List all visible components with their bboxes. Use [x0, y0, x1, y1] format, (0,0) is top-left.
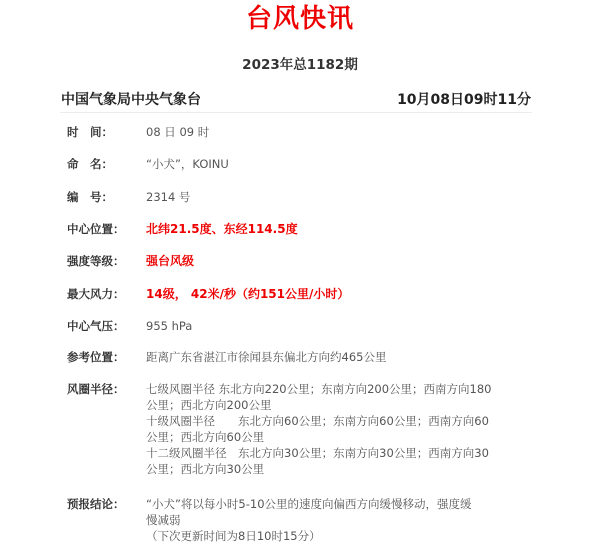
agency-name: 中国气象局中央气象台 [61, 90, 201, 110]
next-update-note: （下次更新时间为8日10时15分） [146, 528, 546, 544]
bulletin-title: 台风快讯 [0, 2, 600, 36]
wind-radius-line: 公里；西北方向30公里 [146, 461, 546, 477]
wind-radius-line: 七级风圈半径 东北方向220公里；东南方向200公里；西南方向180 [146, 381, 546, 397]
forecast-line: 慢减弱 [146, 512, 546, 528]
field-label: 预报结论： [67, 496, 145, 512]
wind-radius-lines: 七级风圈半径 东北方向220公里；东南方向200公里；西南方向180 公里；西北… [146, 381, 546, 477]
field-value-highlight: 14级， 42米/秒（约151公里/小时） [146, 286, 546, 302]
field-label: 编 号： [67, 189, 145, 205]
field-value: 距离广东省湛江市徐闻县东偏北方向约465公里 [146, 349, 546, 365]
issue-number: 2023年总1182期 [0, 55, 600, 75]
wind-radius-line: 公里；西北方向60公里 [146, 429, 546, 445]
field-value-highlight: 强台风级 [146, 253, 546, 269]
field-label: 中心气压： [67, 318, 145, 334]
wind-radius-line: 公里；西北方向200公里 [146, 397, 546, 413]
field-value: “小犬”，KOINU [146, 156, 546, 172]
wind-radius-line: 十二级风圈半径 东北方向30公里；东南方向30公里；西南方向30 [146, 445, 546, 461]
field-value: 2314 号 [146, 189, 546, 205]
field-label: 风圈半径： [67, 381, 145, 397]
field-label: 时 间： [67, 124, 145, 140]
field-label: 强度等级： [67, 253, 145, 269]
field-label: 参考位置： [67, 349, 145, 365]
publish-datetime: 10月08日09时11分 [397, 90, 531, 110]
forecast-line: “小犬”将以每小时5-10公里的速度向偏西方向缓慢移动，强度缓 [146, 496, 546, 512]
field-value-highlight: 北纬21.5度、东经114.5度 [146, 221, 546, 237]
wind-radius-line: 十级风圈半径 东北方向60公里；东南方向60公里；西南方向60 [146, 413, 546, 429]
field-value: 955 hPa [146, 318, 546, 334]
bulletin-header: 中国气象局中央气象台 10月08日09时11分 [61, 90, 531, 112]
field-value: 08 日 09 时 [146, 124, 546, 140]
header-divider [60, 112, 532, 113]
field-label: 命 名： [67, 156, 145, 172]
field-label: 最大风力： [67, 286, 145, 302]
forecast-lines: “小犬”将以每小时5-10公里的速度向偏西方向缓慢移动，强度缓 慢减弱 （下次更… [146, 496, 546, 544]
field-label: 中心位置： [67, 221, 145, 237]
